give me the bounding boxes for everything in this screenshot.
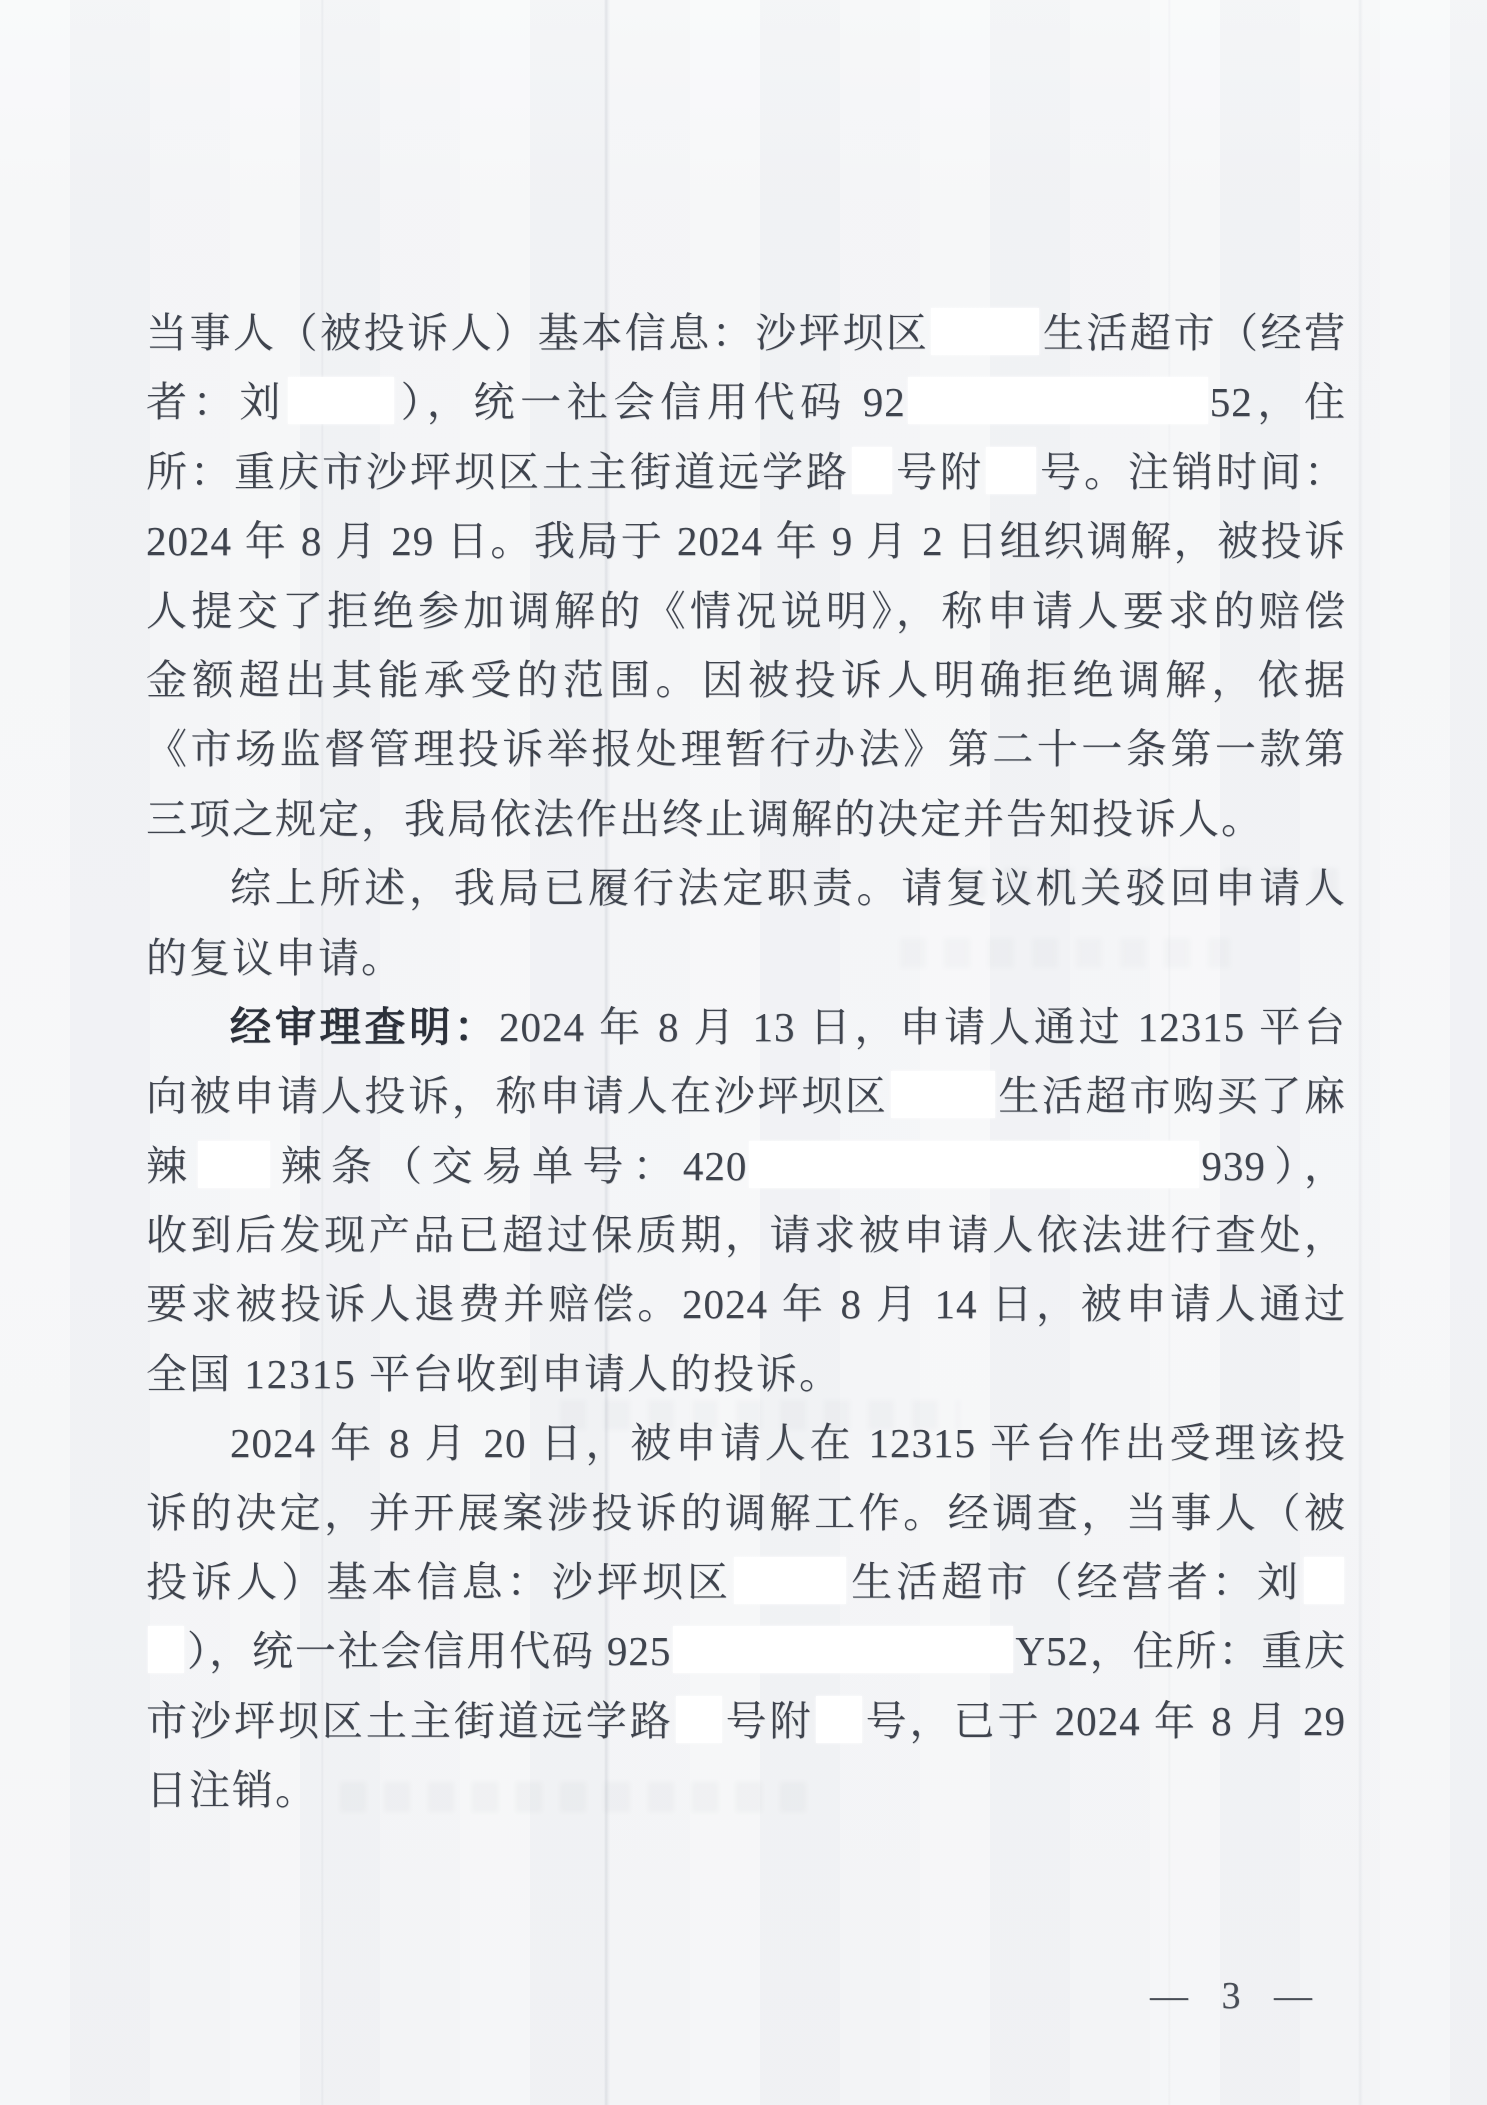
scanned-document-page: 当事人（被投诉人）基本信息：沙坪坝区生活超市（经营者：刘），统一社会信用代码 9…	[0, 0, 1487, 2105]
document-line: ），统一社会信用代码 925Y52，住所：重庆	[146, 1617, 1346, 1686]
text-run: 辣	[146, 1143, 196, 1189]
document-line: 投诉人）基本信息：沙坪坝区生活超市（经营者：刘	[146, 1548, 1346, 1617]
text-run: 号附	[724, 1698, 814, 1744]
text-run: 三项之规定，我局依法作出终止调解的决定并告知投诉人。	[146, 796, 1264, 842]
text-run: 2024 年 8 月 29 日。我局于 2024 年 9 月 2 日组织调解，被…	[146, 518, 1346, 564]
text-run: ），统一社会信用代码 925	[186, 1628, 671, 1674]
document-line: 市沙坪坝区土主街道远学路号附号，已于 2024 年 8 月 29	[146, 1687, 1346, 1756]
page-number: — 3 —	[1150, 1974, 1319, 2018]
document-line: 日注销。	[146, 1756, 1346, 1825]
redaction-box	[908, 377, 1208, 424]
bold-text-run: 经审理查明：	[230, 1004, 499, 1050]
text-run: 所：重庆市沙坪坝区土主街道远学路	[146, 449, 850, 495]
text-run: 金额超出其能承受的范围。因被投诉人明确拒绝调解，依据	[146, 657, 1346, 703]
text-run: 投诉人）基本信息：沙坪坝区	[146, 1559, 732, 1605]
redaction-box	[986, 447, 1036, 494]
text-run: 的复议申请。	[146, 935, 404, 981]
text-run: 人提交了拒绝参加调解的《情况说明》，称申请人要求的赔偿	[146, 588, 1346, 634]
document-line: 者：刘），统一社会信用代码 9252，住	[146, 368, 1346, 437]
redaction-box	[198, 1141, 270, 1188]
redaction-box	[852, 447, 892, 494]
document-line: 全国 12315 平台收到申请人的投诉。	[146, 1340, 1346, 1409]
text-run: 2024 年 8 月 20 日，被申请人在 12315 平台作出受理该投	[230, 1420, 1346, 1466]
text-run: 日注销。	[146, 1767, 318, 1813]
text-run: 全国 12315 平台收到申请人的投诉。	[146, 1351, 842, 1397]
redaction-box	[288, 377, 394, 424]
text-run: 号附	[894, 449, 984, 495]
text-run: 辣条（交易单号：420	[272, 1143, 747, 1189]
redaction-box	[931, 308, 1039, 355]
document-line: 当事人（被投诉人）基本信息：沙坪坝区生活超市（经营	[146, 299, 1346, 368]
redaction-box	[891, 1071, 995, 1118]
text-run: 市沙坪坝区土主街道远学路	[146, 1698, 674, 1744]
text-run: ），统一社会信用代码 92	[396, 379, 906, 425]
document-line: 综上所述，我局已履行法定职责。请复议机关驳回申请人	[146, 854, 1346, 923]
document-line: 三项之规定，我局依法作出终止调解的决定并告知投诉人。	[146, 785, 1346, 854]
redaction-box	[1304, 1557, 1344, 1604]
text-run: 综上所述，我局已履行法定职责。请复议机关驳回申请人	[230, 865, 1346, 911]
text-run: 收到后发现产品已超过保质期，请求被申请人依法进行查处，	[146, 1212, 1346, 1258]
redaction-box	[676, 1696, 722, 1743]
document-line: 向被申请人投诉，称申请人在沙坪坝区生活超市购买了麻	[146, 1062, 1346, 1131]
text-run: 当事人（被投诉人）基本信息：沙坪坝区	[146, 310, 929, 356]
text-run: 向被申请人投诉，称申请人在沙坪坝区	[146, 1073, 889, 1119]
document-line: 要求被投诉人退费并赔偿。2024 年 8 月 14 日，被申请人通过	[146, 1270, 1346, 1339]
document-line: 2024 年 8 月 20 日，被申请人在 12315 平台作出受理该投	[146, 1409, 1346, 1478]
document-line: 人提交了拒绝参加调解的《情况说明》，称申请人要求的赔偿	[146, 577, 1346, 646]
redaction-box	[148, 1626, 184, 1673]
document-line: 金额超出其能承受的范围。因被投诉人明确拒绝调解，依据	[146, 646, 1346, 715]
document-line: 2024 年 8 月 29 日。我局于 2024 年 9 月 2 日组织调解，被…	[146, 507, 1346, 576]
text-run: 《市场监督管理投诉举报处理暂行办法》第二十一条第一款第	[146, 726, 1346, 772]
document-line: 收到后发现产品已超过保质期，请求被申请人依法进行查处，	[146, 1201, 1346, 1270]
document-line: 经审理查明：2024 年 8 月 13 日，申请人通过 12315 平台	[146, 993, 1346, 1062]
text-run: 生活超市购买了麻	[997, 1073, 1346, 1119]
text-run: 号。注销时间：	[1038, 449, 1346, 495]
text-run: 号，已于 2024 年 8 月 29	[864, 1698, 1346, 1744]
redaction-box	[816, 1696, 862, 1743]
text-run: Y52，住所：重庆	[1015, 1628, 1346, 1674]
text-run: 要求被投诉人退费并赔偿。2024 年 8 月 14 日，被申请人通过	[146, 1281, 1346, 1327]
document-line: 辣辣条（交易单号：420939），	[146, 1132, 1346, 1201]
text-run: 939），	[1201, 1143, 1346, 1189]
text-run: 生活超市（经营者：刘	[848, 1559, 1302, 1605]
document-content: 当事人（被投诉人）基本信息：沙坪坝区生活超市（经营者：刘），统一社会信用代码 9…	[146, 299, 1346, 1826]
document-line: 所：重庆市沙坪坝区土主街道远学路号附号。注销时间：	[146, 438, 1346, 507]
text-run: 者：刘	[146, 379, 286, 425]
redaction-box	[673, 1626, 1013, 1673]
document-line: 的复议申请。	[146, 924, 1346, 993]
redaction-box	[749, 1141, 1199, 1188]
document-line: 诉的决定，并开展案涉投诉的调解工作。经调查，当事人（被	[146, 1479, 1346, 1548]
text-run: 生活超市（经营	[1041, 310, 1346, 356]
text-run: 52，住	[1210, 379, 1346, 425]
redaction-box	[734, 1557, 846, 1604]
text-run: 诉的决定，并开展案涉投诉的调解工作。经调查，当事人（被	[146, 1490, 1346, 1536]
text-run: 2024 年 8 月 13 日，申请人通过 12315 平台	[499, 1004, 1346, 1050]
document-line: 《市场监督管理投诉举报处理暂行办法》第二十一条第一款第	[146, 715, 1346, 784]
